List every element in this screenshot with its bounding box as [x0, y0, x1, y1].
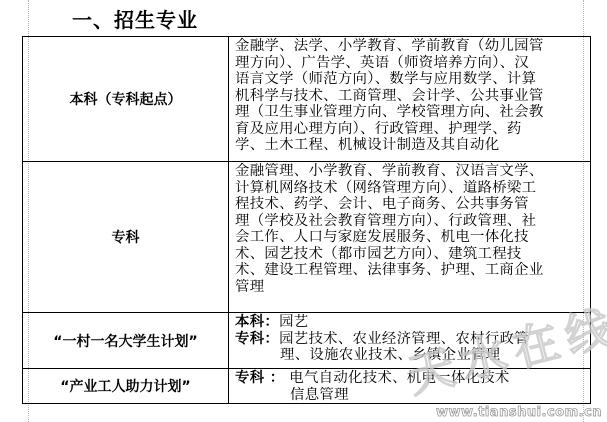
- majors-line: 管理: [235, 279, 584, 296]
- majors-line: 语言文学（师范方向）、数学与应用数学、计算: [235, 71, 584, 88]
- entry-value: 园艺: [279, 314, 308, 330]
- majors-line: 金融管理、小学教育、学前教育、汉语言文学、: [235, 163, 584, 180]
- majors-cell: 金融管理、小学教育、学前教育、汉语言文学、 计算机网络技术（网络管理方向）、道路…: [229, 162, 590, 312]
- category-label: “一村一名大学生计划”: [53, 331, 197, 351]
- entry-label: 专科 ：: [235, 370, 284, 386]
- majors-line: 程技术、药学、会计、电子商务、公共事务管: [235, 196, 584, 213]
- majors-line: 学、土木工程、机械设计制造及其自动化: [235, 137, 584, 154]
- category-cell: 本科（专科起点）: [23, 37, 229, 161]
- category-label: 专科: [112, 227, 140, 247]
- majors-line: 机科学与技术、工商管理、会计学、公共事业管: [235, 88, 584, 105]
- category-label: “产业工人助力计划”: [60, 376, 190, 396]
- majors-line: 计算机网络技术（网络管理方向）、道路桥梁工: [235, 180, 584, 197]
- entry-value-continued: 信息管理: [235, 387, 584, 404]
- watermark-url: www.tianshui.com.cn: [436, 405, 602, 420]
- majors-line: 金融学、法学、小学教育、学前教育（幼儿园管: [235, 38, 584, 55]
- majors-line: 术、园艺技术（都市园艺方向）、建筑工程技: [235, 246, 584, 263]
- category-cell: 专科: [23, 162, 229, 312]
- majors-line: 育及应用心理方向）、行政管理、护理学、药: [235, 121, 584, 138]
- majors-line: 理（卫生事业管理方向、学校管理方向、社会教: [235, 104, 584, 121]
- majors-cell: 本科：园艺 专科：园艺技术、农业经济管理、农村行政管 理、设施农业技术、乡镇企业…: [229, 313, 590, 368]
- category-label: 本科（专科起点）: [70, 89, 182, 109]
- majors-line: 理（学校及社会教育管理方向）、行政管理、社: [235, 213, 584, 230]
- table-row-village-plan: “一村一名大学生计划” 本科：园艺 专科：园艺技术、农业经济管理、农村行政管 理…: [23, 312, 590, 368]
- table-row-junior-college: 专科 金融管理、小学教育、学前教育、汉语言文学、 计算机网络技术（网络管理方向）…: [23, 161, 590, 312]
- entry-value-continued: 理、设施农业技术、乡镇企业管理: [235, 347, 584, 364]
- majors-table: 本科（专科起点） 金融学、法学、小学教育、学前教育（幼儿园管 理方向）、广告学、…: [22, 36, 591, 404]
- table-row-worker-plan: “产业工人助力计划” 专科 ： 电气自动化技术、机电一体化技术 信息管理: [23, 368, 590, 403]
- entry-junior-college: 专科 ： 电气自动化技术、机电一体化技术: [235, 370, 584, 387]
- entry-undergrad: 本科：园艺: [235, 314, 584, 331]
- entry-value: 园艺技术、农业经济管理、农村行政管: [279, 331, 529, 347]
- majors-line: 理方向）、广告学、英语（师资培养方向）、汉: [235, 55, 584, 72]
- entry-label: 本科：: [235, 314, 279, 330]
- majors-cell: 专科 ： 电气自动化技术、机电一体化技术 信息管理: [229, 369, 590, 403]
- entry-value: 电气自动化技术、机电一体化技术: [289, 370, 509, 386]
- table-row-undergrad: 本科（专科起点） 金融学、法学、小学教育、学前教育（幼儿园管 理方向）、广告学、…: [23, 37, 590, 161]
- majors-line: 术、建设工程管理、法律事务、护理、工商企业: [235, 262, 584, 279]
- entry-junior-college: 专科：园艺技术、农业经济管理、农村行政管: [235, 331, 584, 348]
- section-title: 一、招生专业: [72, 8, 198, 32]
- category-cell: “产业工人助力计划”: [23, 369, 229, 403]
- majors-cell: 金融学、法学、小学教育、学前教育（幼儿园管 理方向）、广告学、英语（师资培养方向…: [229, 37, 590, 161]
- majors-line: 会工作、人口与家庭发展服务、机电一体化技: [235, 229, 584, 246]
- category-cell: “一村一名大学生计划”: [23, 313, 229, 368]
- entry-label: 专科：: [235, 331, 279, 347]
